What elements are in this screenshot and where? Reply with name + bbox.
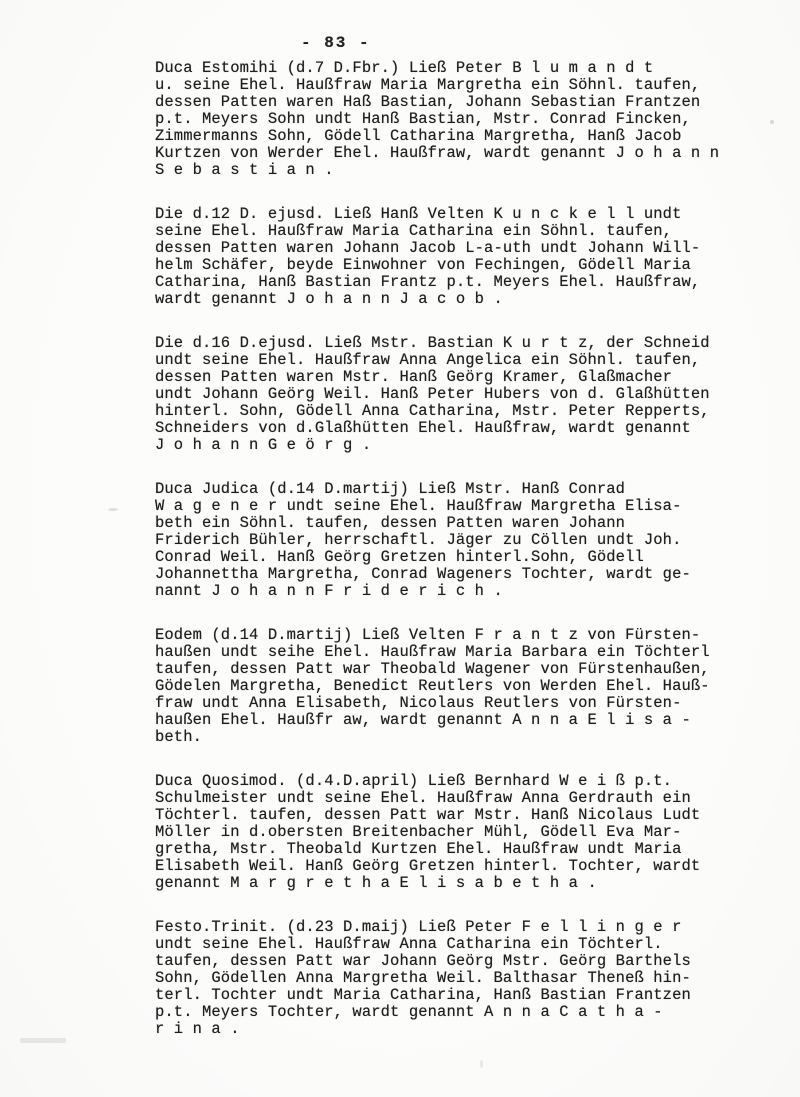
baptism-record-1: Duca Estomihi (d.7 D.Fbr.) Ließ Peter B … xyxy=(155,60,770,179)
baptism-record-2: Die d.12 D. ejusd. Ließ Hanß Velten K u … xyxy=(155,206,770,308)
baptism-record-5: Eodem (d.14 D.martij) Ließ Velten F r a … xyxy=(155,627,770,746)
baptism-record-4: Duca Judica (d.14 D.martij) Ließ Mstr. H… xyxy=(155,481,770,600)
scanned-document-page: - 83 - Duca Estomihi (d.7 D.Fbr.) Ließ P… xyxy=(0,0,800,1097)
baptism-record-6: Duca Quosimod. (d.4.D.april) Ließ Bernha… xyxy=(155,773,770,892)
text-block: Duca Estomihi (d.7 D.Fbr.) Ließ Peter B … xyxy=(155,60,770,1065)
baptism-record-3: Die d.16 D.ejusd. Ließ Mstr. Bastian K u… xyxy=(155,335,770,454)
scan-speck xyxy=(770,120,774,124)
page-number: - 83 - xyxy=(301,34,371,52)
baptism-record-7: Festo.Trinit. (d.23 D.maij) Ließ Peter F… xyxy=(155,919,770,1038)
scan-smudge xyxy=(20,1038,66,1043)
scan-smudge xyxy=(108,508,118,511)
